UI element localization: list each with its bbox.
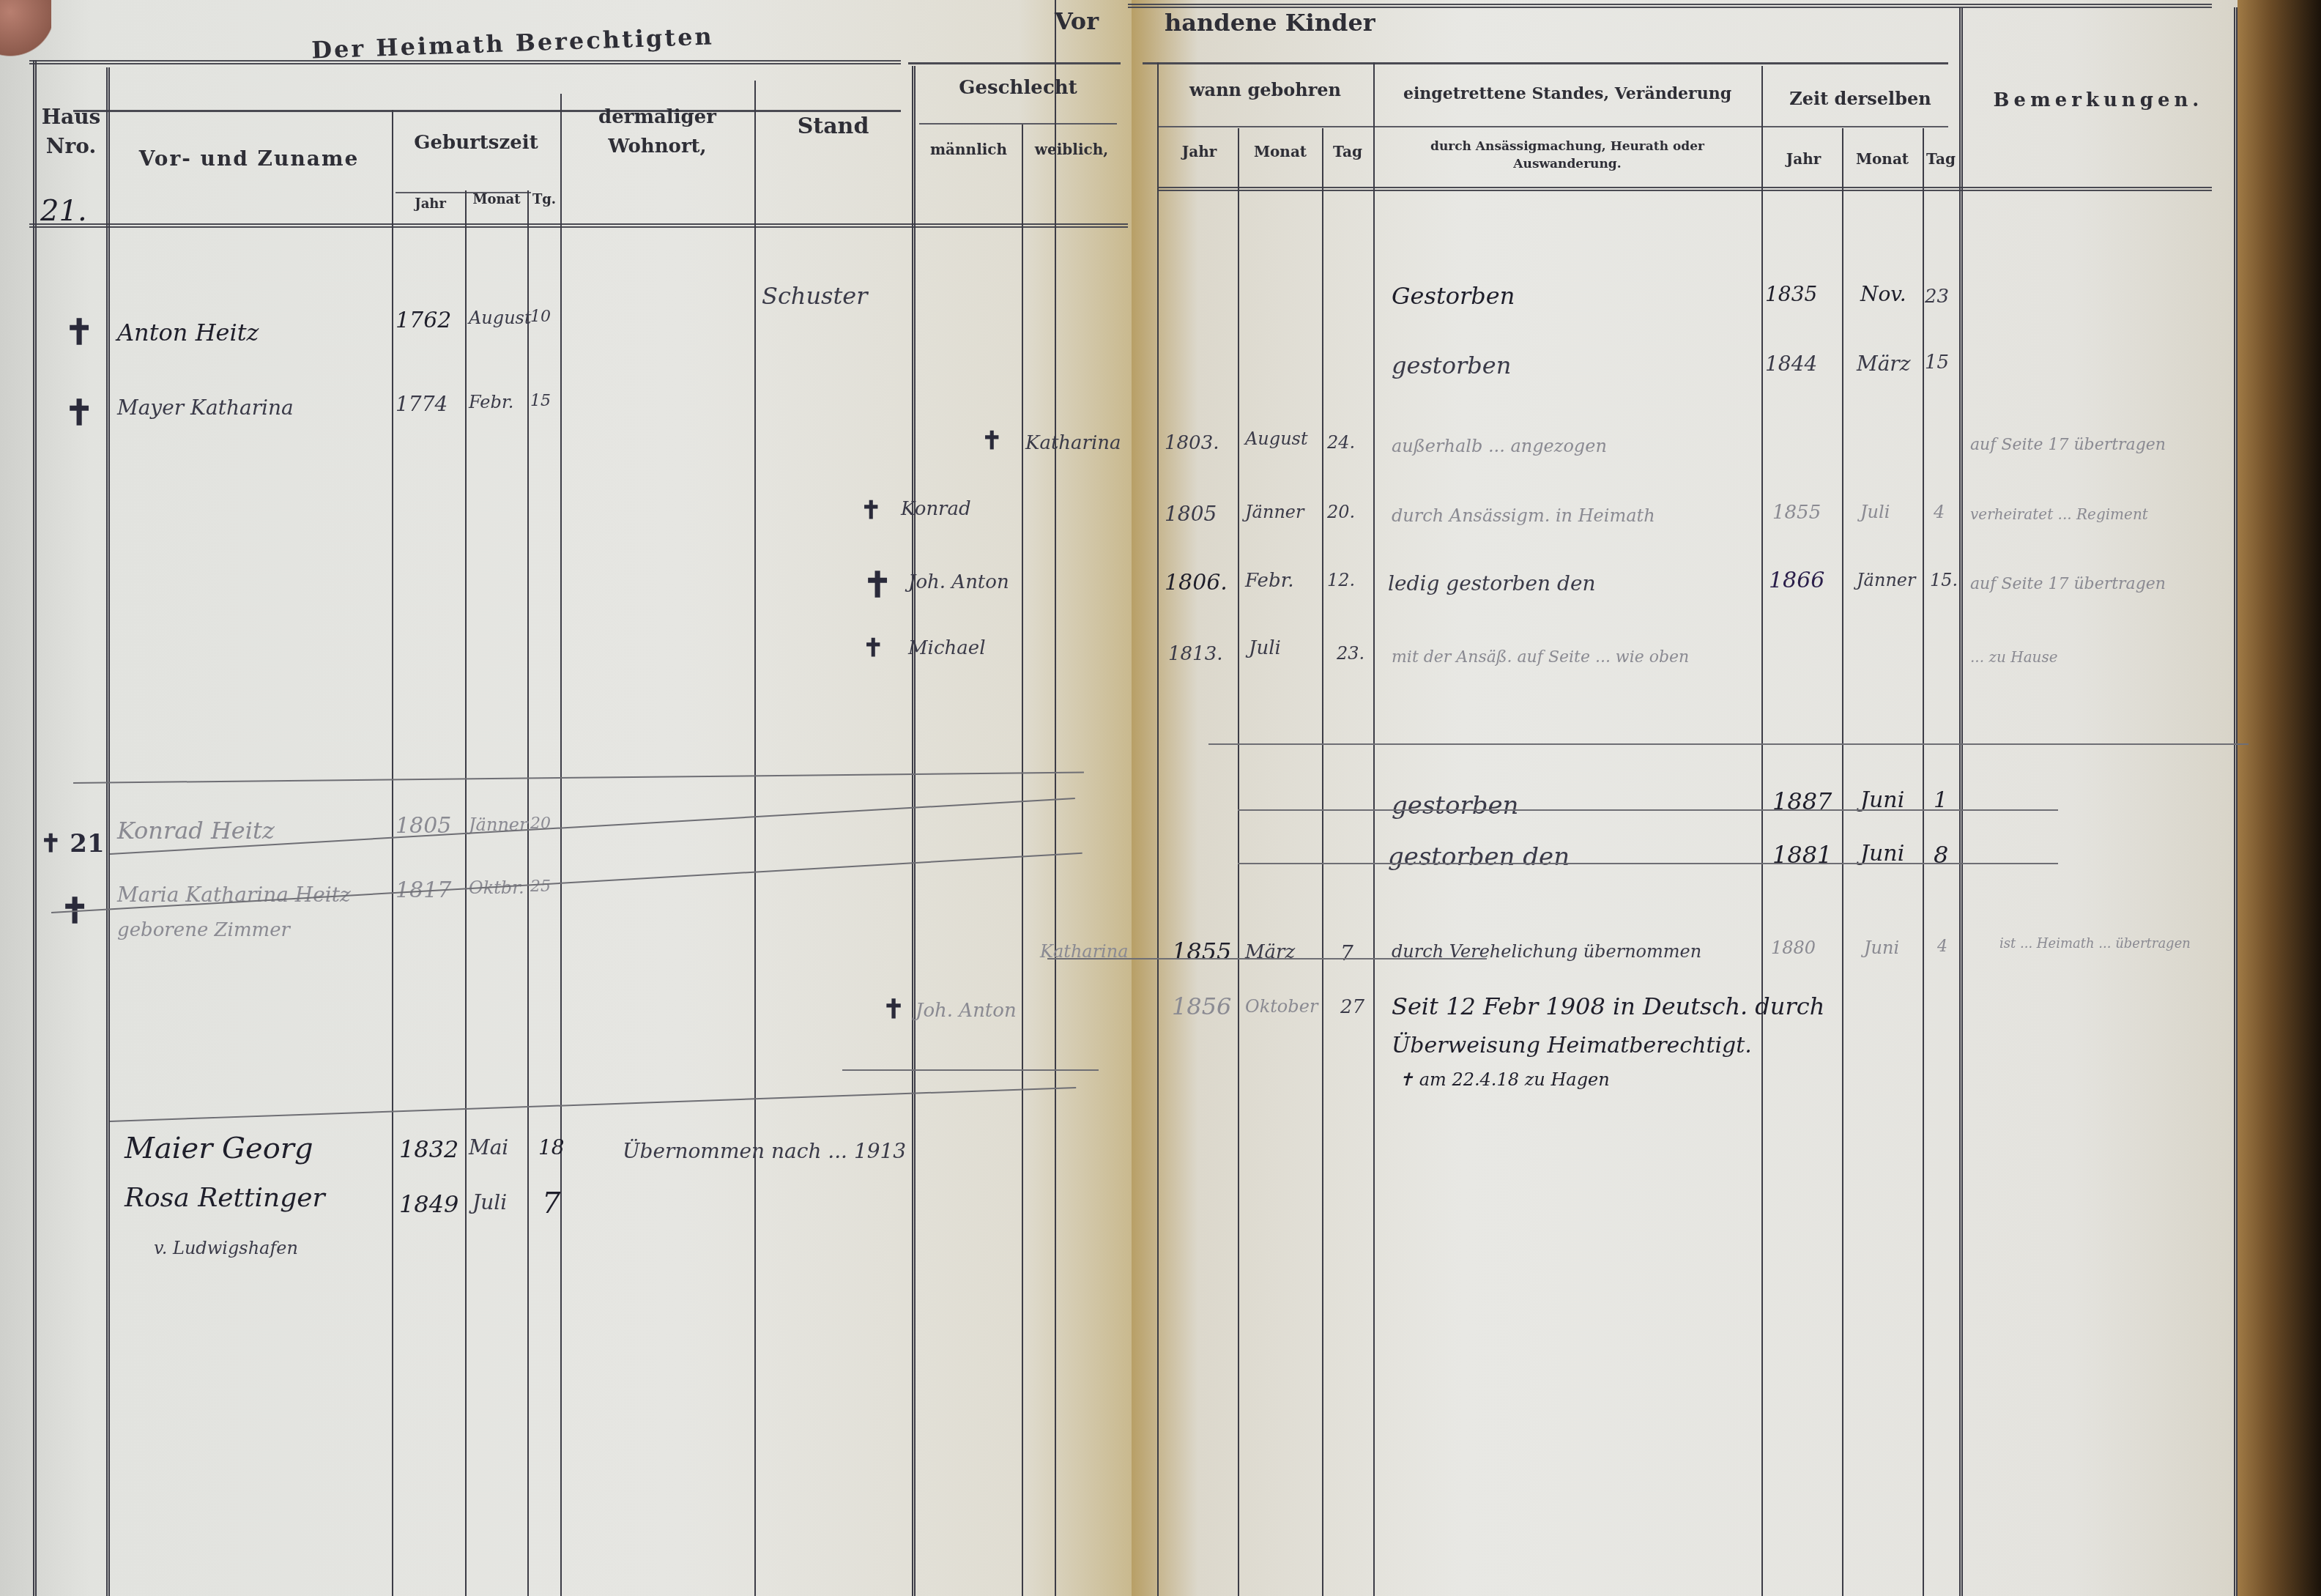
entry-underline bbox=[1238, 809, 2058, 811]
entry-change-year: 1844 bbox=[1765, 352, 1817, 376]
child-month: März bbox=[1245, 941, 1295, 963]
entry-name: Rosa Rettinger bbox=[125, 1183, 325, 1213]
header-born-month: Monat bbox=[1239, 143, 1321, 160]
death-cross-icon: ✝ bbox=[861, 498, 882, 523]
child-name: Joh. Anton bbox=[908, 571, 1009, 593]
entry-day: 25 bbox=[530, 877, 551, 896]
child-remarks: verheiratet ... Regiment bbox=[1970, 505, 2148, 523]
header-residence: dermaliger Wohnort, bbox=[564, 103, 751, 161]
child-month: Oktober bbox=[1245, 996, 1318, 1017]
residence-line1: dermaliger bbox=[564, 103, 751, 132]
entry-change: gestorben bbox=[1392, 352, 1511, 379]
child-month: August bbox=[1245, 428, 1308, 449]
child-change-day: 15. bbox=[1930, 570, 1958, 590]
header-bottom-left bbox=[29, 223, 1128, 228]
child-change-day: 4 bbox=[1934, 502, 1945, 522]
entry-month: August bbox=[469, 308, 532, 328]
child-change-month: Juli bbox=[1860, 502, 1890, 522]
book-cover-edge bbox=[2238, 0, 2321, 1596]
entry-change-year: 1835 bbox=[1765, 282, 1817, 306]
child-day: 20. bbox=[1327, 502, 1355, 522]
entry-name: Maria Katharina Heitz bbox=[117, 883, 351, 907]
death-cross-icon: ✝ bbox=[863, 568, 892, 603]
header-birth-day: Tg. bbox=[529, 192, 560, 207]
child-month: Febr. bbox=[1245, 570, 1294, 592]
col-rule bbox=[912, 66, 916, 1596]
col-rule bbox=[754, 81, 756, 1596]
entry-change-month: März bbox=[1857, 352, 1911, 376]
child-year: 1806. bbox=[1165, 570, 1228, 595]
child-change-day: 4 bbox=[1937, 938, 1947, 956]
entry-stand: Schuster bbox=[762, 282, 868, 310]
header-name: Vor- und Zuname bbox=[110, 146, 388, 171]
child-year: 1803. bbox=[1165, 432, 1219, 454]
entry-year: 1774 bbox=[396, 392, 448, 416]
haus-nro-header: Haus Nro. bbox=[38, 103, 104, 161]
death-cross-icon: ✝ 21 bbox=[40, 831, 105, 856]
entry-name-line2: v. Ludwigshafen bbox=[154, 1238, 298, 1258]
header-female: weiblich, bbox=[1024, 141, 1119, 158]
entry-month: Mai bbox=[469, 1135, 508, 1159]
entry-change-year: 1881 bbox=[1772, 841, 1832, 869]
child-change: Seit 12 Febr 1908 in Deutsch. durch bbox=[1392, 992, 1824, 1020]
child-underline bbox=[1047, 958, 1487, 960]
header-male: männlich bbox=[916, 141, 1022, 158]
death-cross-icon: ✝ bbox=[883, 996, 905, 1022]
child-change: durch Ansässigm. in Heimath bbox=[1392, 505, 1655, 526]
entry-month: Juli bbox=[472, 1190, 507, 1214]
entry-change: gestorben bbox=[1392, 791, 1519, 820]
child-change-year: 1866 bbox=[1769, 568, 1824, 593]
group-rule-vor bbox=[908, 62, 1121, 64]
entry-note: Übernommen nach ... 1913 bbox=[623, 1139, 906, 1163]
col-rule bbox=[465, 190, 467, 1596]
header-time: Zeit derselben bbox=[1765, 88, 1956, 109]
entry-day: 7 bbox=[542, 1187, 560, 1220]
child-underline bbox=[842, 1069, 1099, 1071]
col-rule bbox=[1923, 128, 1924, 1596]
entry-year: 1832 bbox=[399, 1135, 458, 1163]
header-born: wann gebohren bbox=[1161, 79, 1370, 100]
header-time-year: Jahr bbox=[1765, 150, 1842, 168]
entry-year: 1762 bbox=[396, 308, 451, 333]
child-remarks: auf Seite 17 übertragen bbox=[1970, 575, 2166, 593]
header-time-day: Tag bbox=[1924, 150, 1958, 168]
entry-day: 10 bbox=[530, 308, 551, 326]
entry-change: gestorben den bbox=[1388, 842, 1570, 872]
entry-change-day: 15 bbox=[1925, 352, 1949, 374]
family-divider bbox=[1208, 743, 2248, 745]
entry-change-day: 23 bbox=[1925, 286, 1949, 308]
col-rule bbox=[1322, 128, 1323, 1596]
group-header-vor: Vor bbox=[1040, 7, 1113, 35]
child-year: 1856 bbox=[1172, 992, 1231, 1020]
death-cross-icon: ✝ bbox=[64, 315, 94, 350]
entry-name-line2: geborene Zimmer bbox=[117, 919, 290, 941]
entry-name: Anton Heitz bbox=[117, 319, 259, 346]
entry-underline bbox=[1238, 863, 2058, 864]
col-rule bbox=[1842, 128, 1843, 1596]
entry-year: 1849 bbox=[399, 1190, 458, 1218]
header-birth: Geburtszeit bbox=[396, 132, 557, 154]
col-rule bbox=[2234, 7, 2238, 1596]
death-cross-icon: ✝ bbox=[981, 428, 1003, 453]
group-rule-kinder bbox=[1143, 62, 1948, 64]
entry-change: Gestorben bbox=[1392, 282, 1515, 310]
haus-label: Haus bbox=[38, 103, 104, 132]
entry-month: Febr. bbox=[469, 392, 513, 412]
entry-change-month: Nov. bbox=[1860, 282, 1906, 306]
child-day: 23. bbox=[1337, 643, 1364, 664]
col-rule bbox=[560, 94, 562, 1596]
child-year: 1855 bbox=[1172, 938, 1231, 965]
child-change-line3: ✝ am 22.4.18 zu Hagen bbox=[1399, 1069, 1610, 1090]
child-change-month: Juni bbox=[1864, 938, 1899, 958]
child-change-month: Jänner bbox=[1857, 570, 1916, 590]
header-stand: Stand bbox=[758, 114, 908, 139]
child-change: mit der Ansäß. auf Seite ... wie oben bbox=[1392, 648, 1689, 667]
col-rule bbox=[392, 110, 393, 1596]
entry-name: Maier Georg bbox=[125, 1132, 313, 1165]
child-name: Joh. Anton bbox=[916, 1000, 1017, 1022]
child-change-year: 1880 bbox=[1771, 938, 1816, 958]
left-page bbox=[0, 0, 1132, 1596]
child-remarks: ... zu Hause bbox=[1970, 648, 2058, 666]
child-change: ledig gestorben den bbox=[1388, 571, 1596, 595]
death-cross-icon: ✝ bbox=[863, 636, 884, 661]
child-change-year: 1855 bbox=[1772, 502, 1821, 524]
entry-day: 15 bbox=[530, 392, 551, 410]
entry-change-day: 8 bbox=[1934, 841, 1948, 869]
top-rule-right bbox=[1128, 4, 2212, 8]
group-rule-left bbox=[73, 110, 901, 112]
header-change-sub: durch Ansässigmachung, Heurath oder Ausw… bbox=[1392, 138, 1743, 173]
col-rule bbox=[1761, 66, 1763, 1596]
child-day: 24. bbox=[1327, 432, 1355, 453]
col-rule bbox=[1373, 62, 1375, 1596]
col-rule bbox=[1157, 62, 1159, 1596]
entry-change-year: 1887 bbox=[1772, 787, 1832, 815]
header-change: eingetrettene Standes, Veränderung bbox=[1377, 84, 1758, 103]
child-remarks: ist ... Heimath ... übertragen bbox=[1999, 934, 2219, 954]
col-rule bbox=[106, 67, 110, 1596]
residence-line2: Wohnort, bbox=[564, 132, 751, 161]
header-birth-year: Jahr bbox=[396, 196, 465, 212]
group-header-kinder: handene Kinder bbox=[1165, 9, 1399, 37]
child-day: 27 bbox=[1340, 996, 1364, 1018]
child-month: Juli bbox=[1249, 637, 1281, 659]
col-rule bbox=[1959, 7, 1963, 1596]
child-name: Katharina bbox=[1025, 432, 1121, 454]
entry-name: Mayer Katharina bbox=[117, 396, 294, 420]
child-name: Konrad bbox=[901, 498, 971, 520]
col-rule bbox=[1238, 128, 1239, 1596]
child-change: außerhalb ... angezogen bbox=[1392, 436, 1607, 456]
death-cross-icon: ✝ bbox=[64, 396, 94, 431]
child-year: 1805 bbox=[1165, 502, 1217, 526]
child-name: Michael bbox=[908, 637, 985, 659]
child-month: Jänner bbox=[1245, 502, 1304, 522]
child-year: 1813. bbox=[1168, 643, 1222, 665]
col-rule bbox=[1022, 125, 1023, 1596]
thumb bbox=[0, 0, 51, 59]
col-rule bbox=[33, 60, 37, 1596]
header-birth-month: Monat bbox=[467, 192, 527, 207]
header-bottom-right bbox=[1157, 187, 2212, 191]
born-sub-rule bbox=[1157, 126, 1948, 127]
house-number: 21. bbox=[40, 194, 87, 228]
nro-label: Nro. bbox=[38, 132, 104, 161]
child-change-line2: Überweisung Heimatberechtigt. bbox=[1392, 1033, 1752, 1058]
header-remarks: Bemerkungen. bbox=[1967, 89, 2230, 111]
child-remarks: auf Seite 17 übertragen bbox=[1970, 436, 2166, 454]
col-rule bbox=[527, 190, 529, 1596]
sex-sub-rule bbox=[919, 123, 1117, 125]
child-day: 12. bbox=[1327, 570, 1355, 590]
header-time-month: Monat bbox=[1843, 150, 1921, 168]
header-born-day: Tag bbox=[1323, 143, 1372, 160]
header-born-year: Jahr bbox=[1161, 143, 1238, 160]
entry-name: Konrad Heitz bbox=[117, 817, 275, 845]
child-day: 7 bbox=[1340, 941, 1353, 965]
right-page bbox=[1132, 0, 2238, 1596]
top-rule-left bbox=[29, 60, 901, 64]
header-sex: Geschlecht bbox=[916, 77, 1121, 99]
entry-day: 18 bbox=[538, 1135, 565, 1159]
